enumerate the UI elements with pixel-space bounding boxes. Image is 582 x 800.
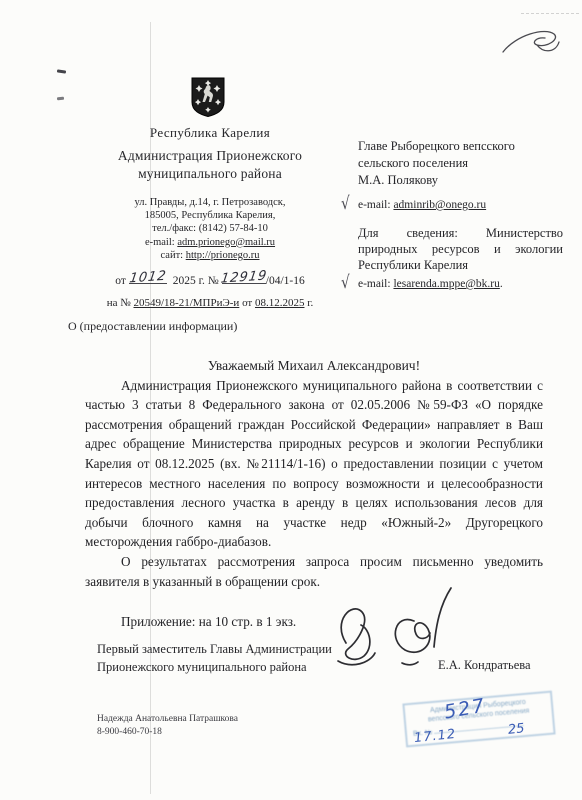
- recipient-line: сельского поселения: [358, 155, 573, 172]
- org-address-block: ул. Правды, д.14, г. Петрозаводск, 18500…: [85, 196, 335, 262]
- signer-title: Первый заместитель Главы Администрации П…: [97, 641, 332, 676]
- signer-name: Е.А. Кондратьева: [438, 658, 531, 673]
- org-site-line: сайт: http://prionego.ru: [85, 249, 335, 262]
- letter-body: Уважаемый Михаил Александрович! Админист…: [85, 356, 543, 632]
- date-mid: 2025 г. №: [173, 275, 219, 287]
- signer-title-line2: Прионежского муниципального района: [97, 659, 332, 677]
- reference-line: на № 20549/18-21/МПРиЭ-и от 08.12.2025 г…: [85, 297, 335, 309]
- address-line: 185005, Республика Карелия,: [85, 209, 335, 222]
- ref-number: 20549/18-21/МПРиЭ-и: [133, 297, 239, 309]
- recipient-email-link: adminrib@onego.ru: [393, 199, 486, 211]
- organization-name: Администрация Прионежского муниципальног…: [85, 147, 335, 183]
- ref-date: 08.12.2025: [255, 297, 305, 309]
- salutation: Уважаемый Михаил Александрович!: [85, 356, 543, 376]
- subject-line: О (предоставлении информации): [68, 319, 237, 334]
- email-label: e-mail:: [358, 199, 393, 211]
- handwritten-date: 1012: [128, 269, 167, 287]
- address-line: тел./факс: (8142) 57-84-10: [85, 222, 335, 235]
- ref-mid: от: [242, 297, 252, 309]
- recipient-email-line: e-mail: adminrib@onego.ru: [358, 199, 486, 211]
- checkmark-icon: √: [341, 273, 351, 294]
- email-tail: .: [500, 278, 503, 290]
- coat-of-arms-icon: [191, 77, 225, 117]
- pen-flourish-icon: [500, 25, 562, 59]
- ministry-email-line: e-mail: lesarenda.mppe@bk.ru.: [358, 278, 503, 290]
- scanned-letter-page: Республика Карелия Администрация Прионеж…: [0, 0, 582, 800]
- outgoing-number-line: от1012 2025 г. №12919/04/1-16: [85, 272, 335, 287]
- handwritten-number: 12919: [220, 268, 268, 286]
- date-prefix: от: [115, 275, 126, 287]
- contact-phone: 8-900-460-70-18: [97, 726, 238, 739]
- ref-suffix: г.: [307, 297, 313, 309]
- number-suffix: /04/1-16: [266, 275, 305, 287]
- checkmark-icon: √: [341, 194, 351, 215]
- fyi-note: Для сведения: Министерство природных рес…: [358, 225, 563, 273]
- email-label: e-mail:: [358, 278, 393, 290]
- site-label: сайт:: [161, 250, 186, 261]
- stamp-handwritten-year: 25: [507, 721, 525, 738]
- ref-prefix: на №: [107, 297, 131, 309]
- org-site-link: http://prionego.ru: [186, 250, 260, 261]
- republic-title: Республика Карелия: [85, 125, 335, 141]
- email-label: e-mail:: [145, 237, 177, 248]
- org-email-link: adm.prionego@mail.ru: [177, 237, 275, 248]
- ministry-email-link: lesarenda.mppe@bk.ru: [393, 278, 499, 290]
- scan-dashed-artifact: [521, 13, 579, 14]
- recipient-line: М.А. Полякову: [358, 172, 573, 189]
- body-paragraph-1: Администрация Прионежского муниципальног…: [85, 376, 543, 552]
- executor-contact: Надежда Анатольевна Патрашкова 8-900-460…: [97, 713, 238, 738]
- recipient-line: Главе Рыборецкого вепсского: [358, 138, 573, 155]
- scan-speck: [57, 97, 64, 101]
- number-blank: 12919: [222, 272, 266, 284]
- signer-title-line1: Первый заместитель Главы Администрации: [97, 641, 332, 659]
- org-name-line1: Администрация Прионежского: [85, 147, 335, 165]
- contact-name: Надежда Анатольевна Патрашкова: [97, 713, 238, 726]
- recipient-block: Главе Рыборецкого вепсского сельского по…: [358, 138, 573, 189]
- scan-speck: [57, 69, 66, 73]
- body-paragraph-2: О результатах рассмотрения запроса проси…: [85, 552, 543, 591]
- org-email-line: e-mail: adm.prionego@mail.ru: [85, 236, 335, 249]
- address-line: ул. Правды, д.14, г. Петрозаводск,: [85, 196, 335, 209]
- date-blank: 1012: [129, 272, 167, 284]
- org-name-line2: муниципального района: [85, 165, 335, 183]
- attachment-line: Приложение: на 10 стр. в 1 экз.: [85, 612, 543, 632]
